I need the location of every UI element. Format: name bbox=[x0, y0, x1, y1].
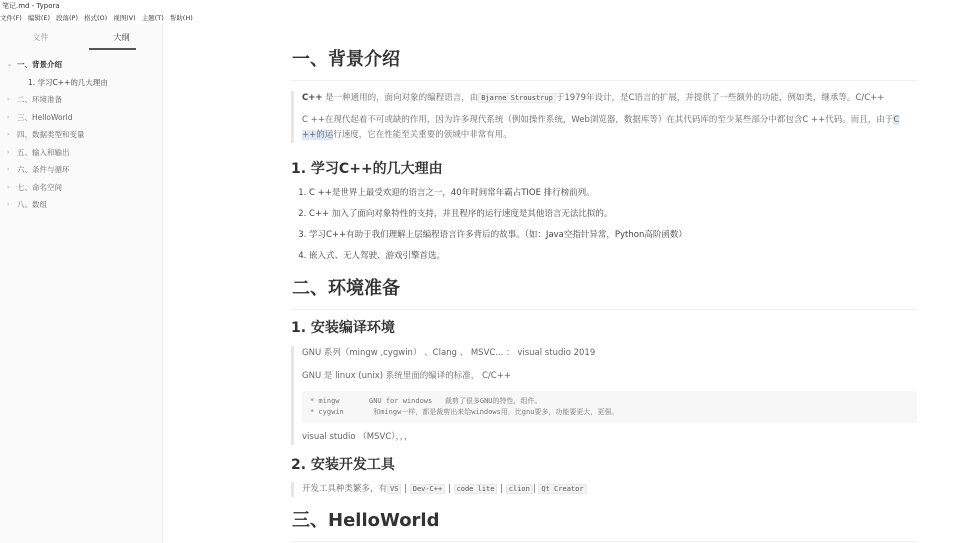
inline-code: Bjarne Stroustrup bbox=[478, 93, 556, 103]
intro-blockquote: C++ 是一种通用的，面向对象的编程语言，由Bjarne Stroustrup于… bbox=[291, 91, 917, 143]
outline-item-8[interactable]: ›八、数组 bbox=[0, 196, 162, 214]
outline-item-7[interactable]: ›七、命名空间 bbox=[0, 179, 162, 197]
outline-item-2[interactable]: ›二、环境准备 bbox=[0, 91, 162, 109]
env-paragraph-3: visual studio （MSVC），，， bbox=[302, 430, 917, 445]
list-item: 嵌入式、无人驾驶、游戏引擎首选。 bbox=[309, 246, 917, 267]
env-blockquote: GNU 系列（mingw ,cygwin） 、Clang 、 MSVC... ：… bbox=[291, 346, 917, 445]
menu-bar: 文件(F) 编辑(E) 段落(P) 格式(O) 视图(V) 主题(T) 帮助(H… bbox=[0, 12, 962, 24]
tool-qtcreator: Qt Creator bbox=[538, 484, 586, 494]
chevron-down-icon[interactable]: ⌄ bbox=[7, 56, 17, 74]
chevron-right-icon[interactable]: › bbox=[7, 161, 17, 179]
heading-reasons: 1. 学习C++的几大理由 bbox=[291, 155, 917, 183]
editor-area[interactable]: 一、背景介绍 C++ 是一种通用的，面向对象的编程语言，由Bjarne Stro… bbox=[163, 24, 962, 543]
tool-devcpp: Dev-C++ bbox=[410, 484, 446, 494]
menu-edit[interactable]: 编辑(E) bbox=[28, 12, 50, 24]
intro-paragraph-1: C++ 是一种通用的，面向对象的编程语言，由Bjarne Stroustrup于… bbox=[302, 91, 917, 106]
list-item: 学习C++有助于我们理解上层编程语言许多背后的故事。（如：Java空指针异常，P… bbox=[309, 225, 917, 246]
tab-outline[interactable]: 大纲 bbox=[81, 24, 162, 50]
outline-item-5[interactable]: ›五、输入和输出 bbox=[0, 144, 162, 162]
chevron-right-icon[interactable]: › bbox=[7, 91, 17, 109]
menu-file[interactable]: 文件(F) bbox=[0, 12, 22, 24]
heading-install-tools: 2. 安装开发工具 bbox=[291, 451, 917, 479]
list-item: C++ 加入了面向对象特性的支持，并且程序的运行速度是其他语言无法比拟的。 bbox=[309, 204, 917, 225]
heading-install-compiler: 1. 安装编译环境 bbox=[291, 314, 917, 342]
chevron-right-icon[interactable]: › bbox=[7, 126, 17, 144]
outline-item-1[interactable]: ⌄一、背景介绍 bbox=[0, 56, 162, 74]
env-paragraph-1: GNU 系列（mingw ,cygwin） 、Clang 、 MSVC... ：… bbox=[302, 346, 917, 361]
list-item: C ++是世界上最受欢迎的语言之一，40年时间常年霸占TIOE 排行榜前列。 bbox=[309, 183, 917, 204]
code-block[interactable]: * mingw GNU for windows 裁剪了很多GNU的特性，组件。 … bbox=[302, 391, 917, 423]
sidebar-tabs: 文件 大纲 bbox=[0, 24, 162, 50]
outline-item-6[interactable]: ›六、条件与循环 bbox=[0, 161, 162, 179]
reasons-list: C ++是世界上最受欢迎的语言之一，40年时间常年霸占TIOE 排行榜前列。 C… bbox=[291, 183, 917, 267]
sidebar: 文件 大纲 ⌄一、背景介绍 1. 学习C++的几大理由 ›二、环境准备 ›三、H… bbox=[0, 24, 163, 543]
menu-view[interactable]: 视图(V) bbox=[113, 12, 136, 24]
chevron-right-icon[interactable]: › bbox=[7, 196, 17, 214]
heading-background: 一、背景介绍 bbox=[291, 44, 917, 81]
outline-item-4[interactable]: ›四、数据类型和变量 bbox=[0, 126, 162, 144]
heading-environment: 二、环境准备 bbox=[291, 273, 917, 310]
tool-clion: clion bbox=[506, 484, 533, 494]
chevron-right-icon[interactable]: › bbox=[7, 109, 17, 127]
tab-files[interactable]: 文件 bbox=[0, 24, 81, 50]
chevron-right-icon[interactable]: › bbox=[7, 144, 17, 162]
tool-codelite: code lite bbox=[454, 484, 498, 494]
document-content: 一、背景介绍 C++ 是一种通用的，面向对象的编程语言，由Bjarne Stro… bbox=[291, 24, 917, 542]
outline-item-3[interactable]: ›三、HelloWorld bbox=[0, 109, 162, 127]
env-paragraph-2: GNU 是 linux (unix) 系统里面的编译的标准， C/C++ bbox=[302, 369, 917, 384]
outline-list: ⌄一、背景介绍 1. 学习C++的几大理由 ›二、环境准备 ›三、HelloWo… bbox=[0, 56, 162, 214]
menu-paragraph[interactable]: 段落(P) bbox=[56, 12, 78, 24]
active-tab-indicator bbox=[89, 48, 136, 50]
menu-help[interactable]: 帮助(H) bbox=[170, 12, 193, 24]
window-title: 笔记.md - Typora bbox=[0, 0, 962, 12]
menu-format[interactable]: 格式(O) bbox=[84, 12, 107, 24]
menu-theme[interactable]: 主题(T) bbox=[142, 12, 164, 24]
chevron-right-icon[interactable]: › bbox=[7, 179, 17, 197]
tools-blockquote: 开发工具种类繁多，有VS | Dev-C++ | code lite | cli… bbox=[291, 482, 917, 497]
tool-vs: VS bbox=[387, 484, 401, 494]
intro-paragraph-2: C ++在现代起着不可或缺的作用，因为许多现代系统（例如操作系统，Web浏览器，… bbox=[302, 113, 917, 143]
heading-helloworld: 三、HelloWorld bbox=[291, 505, 917, 542]
outline-item-1-1[interactable]: 1. 学习C++的几大理由 bbox=[0, 74, 162, 92]
